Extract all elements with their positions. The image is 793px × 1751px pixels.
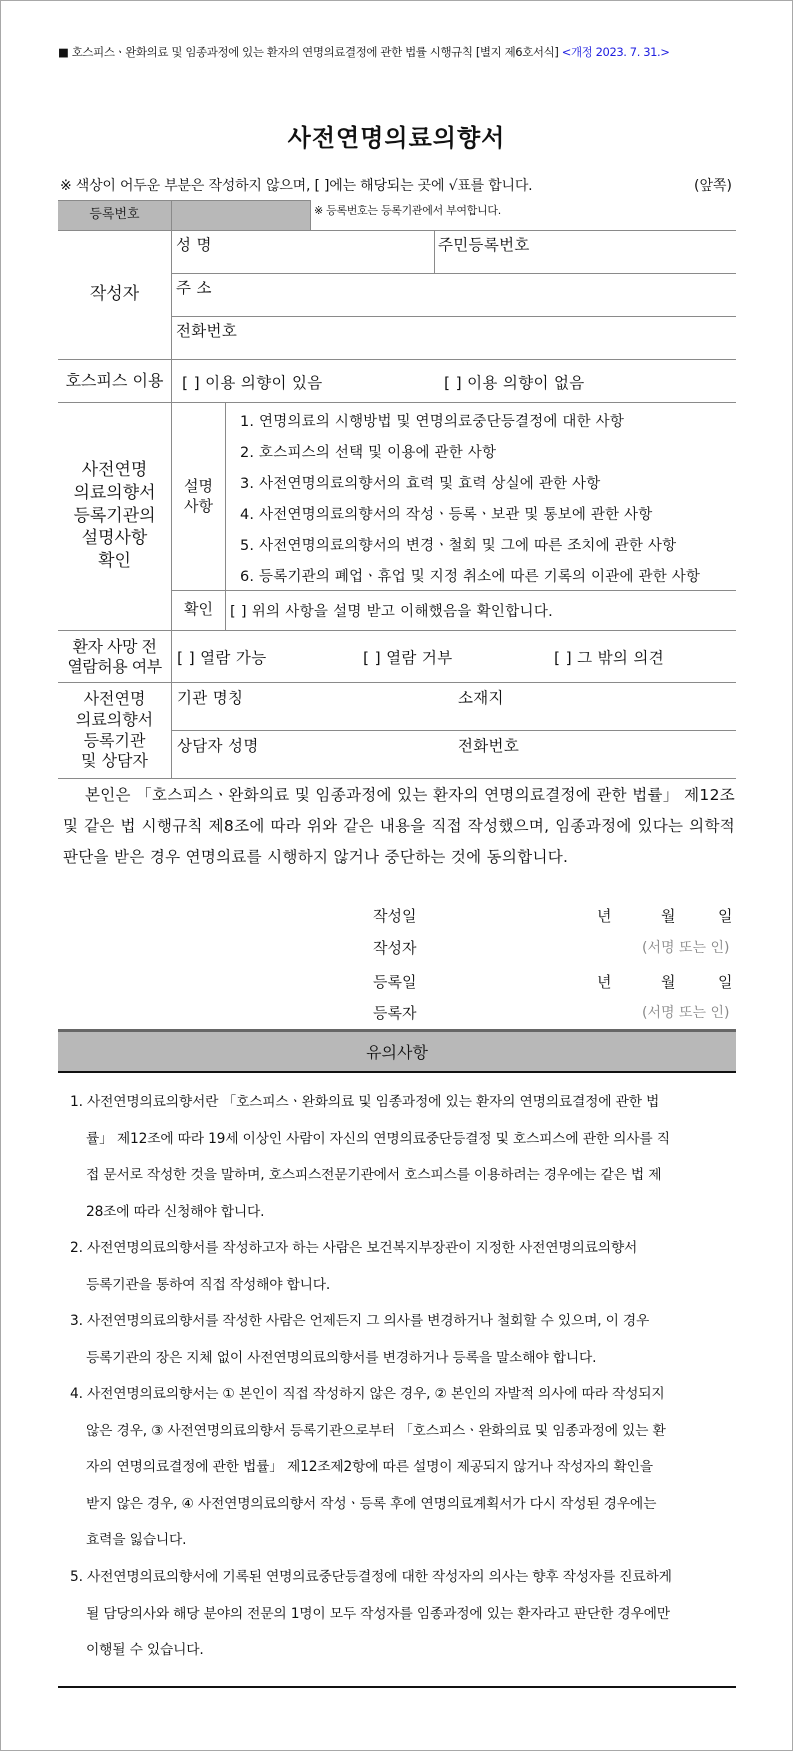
- page-title: 사전연명의료의향서: [0, 118, 793, 153]
- label-line: 설명사항: [82, 527, 148, 550]
- author-sign-hint[interactable]: (서명 또는 인): [642, 937, 729, 957]
- author-name-field[interactable]: [176, 252, 426, 272]
- option-label: 이용 의향이 없음: [467, 374, 584, 392]
- notice-line: 받지 않은 경우, ④ 사전연명의료의향서 작성ㆍ등록 후에 연명의료계획서가 …: [70, 1486, 734, 1523]
- divider: [58, 778, 736, 779]
- confirm-label: 확인: [172, 591, 225, 629]
- notice-line: 률」 제12조에 따라 19세 이상인 사람이 자신의 연명의료중단등결정 및 …: [70, 1121, 734, 1158]
- divider: [434, 230, 435, 273]
- hospice-option-yes[interactable]: [ ] 이용 의향이 있음: [182, 371, 323, 393]
- label-line: 등록기관: [84, 731, 146, 752]
- bottom-rule: [58, 1686, 736, 1688]
- label-line: 사항: [184, 497, 213, 517]
- written-year[interactable]: 년: [597, 905, 612, 926]
- divider: [171, 630, 172, 778]
- registered-year[interactable]: 년: [597, 971, 612, 992]
- written-month[interactable]: 월: [661, 905, 676, 926]
- label-line: 환자 사망 전: [73, 637, 157, 656]
- notice-line: 4. 사전연명의료의향서는 ① 본인이 직접 작성하지 않은 경우, ② 본인의…: [70, 1376, 734, 1413]
- divider: [171, 200, 172, 230]
- counselor-name-label: 상담자 성명: [177, 734, 259, 756]
- option-label: 이용 의향이 있음: [205, 374, 322, 392]
- label-line: 의료의향서: [73, 482, 155, 505]
- checkbox[interactable]: [ ]: [444, 374, 462, 392]
- notice-item-3: 3. 사전연명의료의향서를 작성한 사람은 언제든지 그 의사를 변경하거나 철…: [70, 1303, 734, 1376]
- explanation-label: 사전연명 의료의향서 등록기관의 설명사항 확인: [58, 403, 171, 629]
- instruction-note: ※ 색상이 어두운 부분은 작성하지 않으며, [ ]에는 해당되는 곳에 √표…: [60, 175, 532, 195]
- registration-number-field: [172, 201, 309, 229]
- notice-line: 등록기관의 장은 지체 없이 사전연명의료의향서를 변경하거나 등록을 말소해야…: [70, 1340, 734, 1377]
- label-line: 열람허용 여부: [67, 657, 161, 676]
- counselor-phone-label: 전화번호: [458, 734, 519, 756]
- hospice-option-no[interactable]: [ ] 이용 의향이 없음: [444, 371, 585, 393]
- option-label: 열람 가능: [200, 649, 266, 667]
- notice-line: 3. 사전연명의료의향서를 작성한 사람은 언제든지 그 의사를 변경하거나 철…: [70, 1303, 734, 1340]
- author-sign-label: 작성자: [373, 937, 416, 958]
- registered-date-label: 등록일: [373, 971, 416, 992]
- notice-line: 될 담당의사와 해당 분야의 전문의 1명이 모두 작성자를 임종과정에 있는 …: [70, 1596, 734, 1633]
- author-label: 작성자: [58, 231, 171, 358]
- explanation-item: 6. 등록기관의 폐업ㆍ휴업 및 지정 취소에 따른 기록의 이관에 관한 사항: [240, 565, 700, 586]
- registration-label: 등록번호: [58, 200, 171, 230]
- divider: [58, 200, 310, 201]
- option-label: 그 밖의 의견: [577, 649, 664, 667]
- registrar-sign-hint[interactable]: (서명 또는 인): [642, 1002, 729, 1022]
- notice-line: 효력을 잃습니다.: [70, 1522, 734, 1559]
- access-option-allow[interactable]: [ ] 열람 가능: [177, 646, 266, 668]
- notice-item-5: 5. 사전연명의료의향서에 기록된 연명의료중단등결정에 대한 작성자의 의사는…: [70, 1559, 734, 1669]
- explanation-item: 2. 호스피스의 선택 및 이용에 관한 사항: [240, 441, 496, 462]
- label-line: 사전연명: [82, 459, 148, 482]
- checkbox[interactable]: [ ]: [554, 649, 572, 667]
- explanation-item: 3. 사전연명의료의향서의 효력 및 효력 상실에 관한 사항: [240, 472, 600, 493]
- notices-title: 유의사항: [366, 1040, 428, 1063]
- notices-header: 유의사항: [58, 1029, 736, 1073]
- divider: [172, 316, 736, 317]
- institution-location-label: 소재지: [458, 686, 504, 708]
- notice-line: 등록기관을 통하여 직접 작성해야 합니다.: [70, 1267, 734, 1304]
- institution-label: 사전연명 의료의향서 등록기관 및 상담자: [58, 683, 171, 778]
- notice-line: 5. 사전연명의료의향서에 기록된 연명의료중단등결정에 대한 작성자의 의사는…: [70, 1559, 734, 1596]
- option-label: 열람 거부: [386, 649, 452, 667]
- divider: [225, 402, 226, 630]
- notice-line: 1. 사전연명의료의향서란 「호스피스ㆍ완화의료 및 임종과정에 있는 환자의 …: [70, 1084, 734, 1121]
- registration-note: ※ 등록번호는 등록기관에서 부여합니다.: [314, 202, 501, 218]
- revision-date: <개정 2023. 7. 31.>: [562, 45, 670, 59]
- notice-item-2: 2. 사전연명의료의향서를 작성하고자 하는 사람은 보건복지부장관이 지정한 …: [70, 1230, 734, 1303]
- label-line: 설명: [184, 477, 213, 497]
- label-line: 등록기관의: [73, 505, 155, 528]
- author-address-field[interactable]: [176, 295, 726, 315]
- explanation-item: 5. 사전연명의료의향서의 변경ㆍ철회 및 그에 따른 조치에 관한 사항: [240, 534, 676, 555]
- confirm-text: 위의 사항을 설명 받고 이해했음을 확인합니다.: [252, 604, 553, 620]
- registrar-sign-label: 등록자: [373, 1002, 416, 1023]
- written-date-label: 작성일: [373, 905, 416, 926]
- explanation-item: 4. 사전연명의료의향서의 작성ㆍ등록ㆍ보관 및 통보에 관한 사항: [240, 503, 652, 524]
- label-line: 사전연명: [84, 689, 146, 710]
- institution-name-label: 기관 명칭: [177, 686, 243, 708]
- divider: [172, 590, 736, 591]
- checkbox[interactable]: [ ]: [230, 604, 247, 620]
- page-side-label: (앞쪽): [694, 175, 732, 195]
- explanation-item: 1. 연명의료의 시행방법 및 연명의료중단등결정에 대한 사항: [240, 410, 624, 431]
- access-label: 환자 사망 전 열람허용 여부: [58, 631, 171, 682]
- notice-line: 자의 연명의료결정에 관한 법률」 제12조제2항에 따른 설명이 제공되지 않…: [70, 1449, 734, 1486]
- author-rrn-field[interactable]: [438, 252, 728, 272]
- access-option-other[interactable]: [ ] 그 밖의 의견: [554, 646, 664, 668]
- notice-line: 접 문서로 작성한 것을 말하며, 호스피스전문기관에서 호스피스를 이용하려는…: [70, 1157, 734, 1194]
- law-reference-text: ■ 호스피스ㆍ완화의료 및 임종과정에 있는 환자의 연명의료결정에 관한 법률…: [58, 45, 558, 59]
- divider: [172, 273, 736, 274]
- checkbox[interactable]: [ ]: [182, 374, 200, 392]
- checkbox[interactable]: [ ]: [363, 649, 381, 667]
- hospice-label: 호스피스 이용: [58, 360, 171, 402]
- access-option-deny[interactable]: [ ] 열람 거부: [363, 646, 452, 668]
- registered-month[interactable]: 월: [661, 971, 676, 992]
- declaration-text: 본인은 「호스피스ㆍ완화의료 및 임종과정에 있는 환자의 연명의료결정에 관한…: [63, 780, 735, 873]
- confirm-checkbox-row[interactable]: [ ] 위의 사항을 설명 받고 이해했음을 확인합니다.: [230, 600, 553, 621]
- notice-line: 않은 경우, ③ 사전연명의료의향서 등록기관으로부터 「호스피스ㆍ완화의료 및…: [70, 1413, 734, 1450]
- divider: [172, 730, 736, 731]
- notice-item-1: 1. 사전연명의료의향서란 「호스피스ㆍ완화의료 및 임종과정에 있는 환자의 …: [70, 1084, 734, 1230]
- label-line: 확인: [98, 550, 131, 573]
- law-reference: ■ 호스피스ㆍ완화의료 및 임종과정에 있는 환자의 연명의료결정에 관한 법률…: [58, 44, 670, 60]
- author-phone-field[interactable]: [176, 338, 726, 358]
- divider: [310, 200, 311, 230]
- notice-item-4: 4. 사전연명의료의향서는 ① 본인이 직접 작성하지 않은 경우, ② 본인의…: [70, 1376, 734, 1559]
- label-line: 의료의향서: [76, 710, 153, 731]
- registered-day[interactable]: 일: [718, 971, 733, 992]
- checkbox[interactable]: [ ]: [177, 649, 195, 667]
- written-day[interactable]: 일: [718, 905, 733, 926]
- label-line: 및 상담자: [81, 751, 148, 772]
- notice-line: 28조에 따라 신청해야 합니다.: [70, 1194, 734, 1231]
- notice-line: 이행될 수 있습니다.: [70, 1632, 734, 1669]
- explanation-sub-label: 설명 사항: [172, 403, 225, 590]
- notice-line: 2. 사전연명의료의향서를 작성하고자 하는 사람은 보건복지부장관이 지정한 …: [70, 1230, 734, 1267]
